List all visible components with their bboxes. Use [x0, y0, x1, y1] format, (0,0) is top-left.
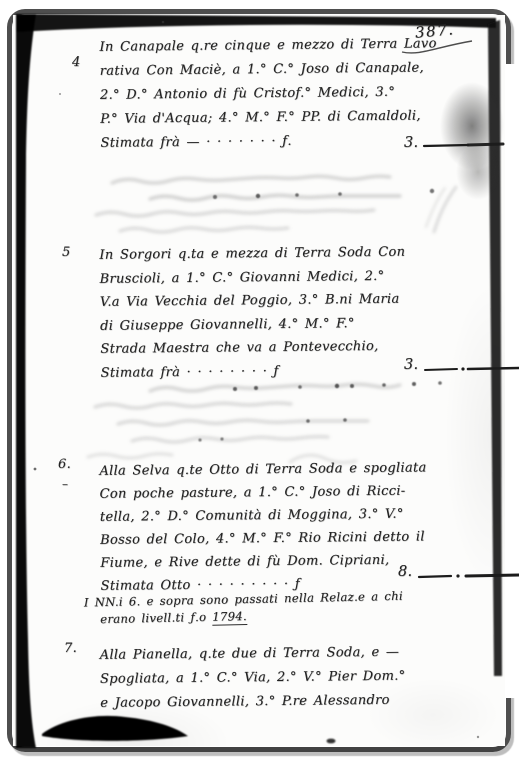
frame-right-gap — [503, 64, 519, 698]
entry-6-line-4: Bosso del Colo, 4.° M.° F.° Rio Ricini d… — [100, 525, 452, 552]
entry-5-line-1: In Sorgori q.ta e mezza di Terra Soda Co… — [99, 240, 451, 267]
entry-4-line-5: Stimata frà — · · · · · · · ƒ. — [100, 128, 452, 156]
entry-6-note: I NN.i 6. e sopra sono passati nella Rel… — [84, 588, 415, 628]
entry-4-amount: 3. — [404, 135, 418, 151]
entry-5-line-3: V.a Via Vecchia del Poggio, 3.° B.ni Mar… — [100, 287, 452, 314]
entry-7: Alla Pianella, q.te due di Terra Soda, e… — [100, 640, 453, 716]
margin-dash-6: – — [62, 477, 68, 491]
entry-6-amount: 8. — [398, 564, 412, 580]
entry-7-line-1: Alla Pianella, q.te due di Terra Soda, e… — [100, 640, 452, 668]
entry-5-amount: 3. — [404, 357, 418, 373]
entry-5-line-6: Stimata frà · · · · · · · · ƒ — [101, 358, 453, 385]
manuscript-scan: 387. 4 5 6. – 7. In Canapale q.re cinque… — [0, 0, 519, 760]
margin-number-7: 7. — [64, 641, 77, 656]
entry-7-line-3: e Jacopo Giovannelli, 3.° P.re Alessandr… — [100, 688, 452, 716]
entry-4-line-1: In Canapale q.re cinque e mezzo di Terra… — [99, 32, 451, 60]
entry-4-line-2: rativa Con Maciè, a 1.° C.° Joso di Cana… — [100, 56, 452, 84]
entry-7-line-2: Spogliata, a 1.° C.° Via, 2.° V.° Pier D… — [100, 664, 452, 692]
note-year-underlined: 1794. — [212, 609, 247, 626]
margin-number-6: 6. — [58, 457, 71, 472]
entry-5: In Sorgori q.ta e mezza di Terra Soda Co… — [99, 240, 452, 385]
margin-number-4: 4 — [72, 55, 81, 70]
entry-4-line-3: 2.° D.° Antonio di fù Cristof.° Medici, … — [100, 80, 452, 108]
margin-number-5: 5 — [62, 245, 71, 260]
entry-4-line-4: P.° Via d'Acqua; 4.° M.° F.° PP. di Cama… — [100, 104, 452, 132]
entry-4: In Canapale q.re cinque e mezzo di Terra… — [99, 32, 452, 156]
note-line-2-text: erano livell.ti ƒ.o — [100, 609, 212, 625]
